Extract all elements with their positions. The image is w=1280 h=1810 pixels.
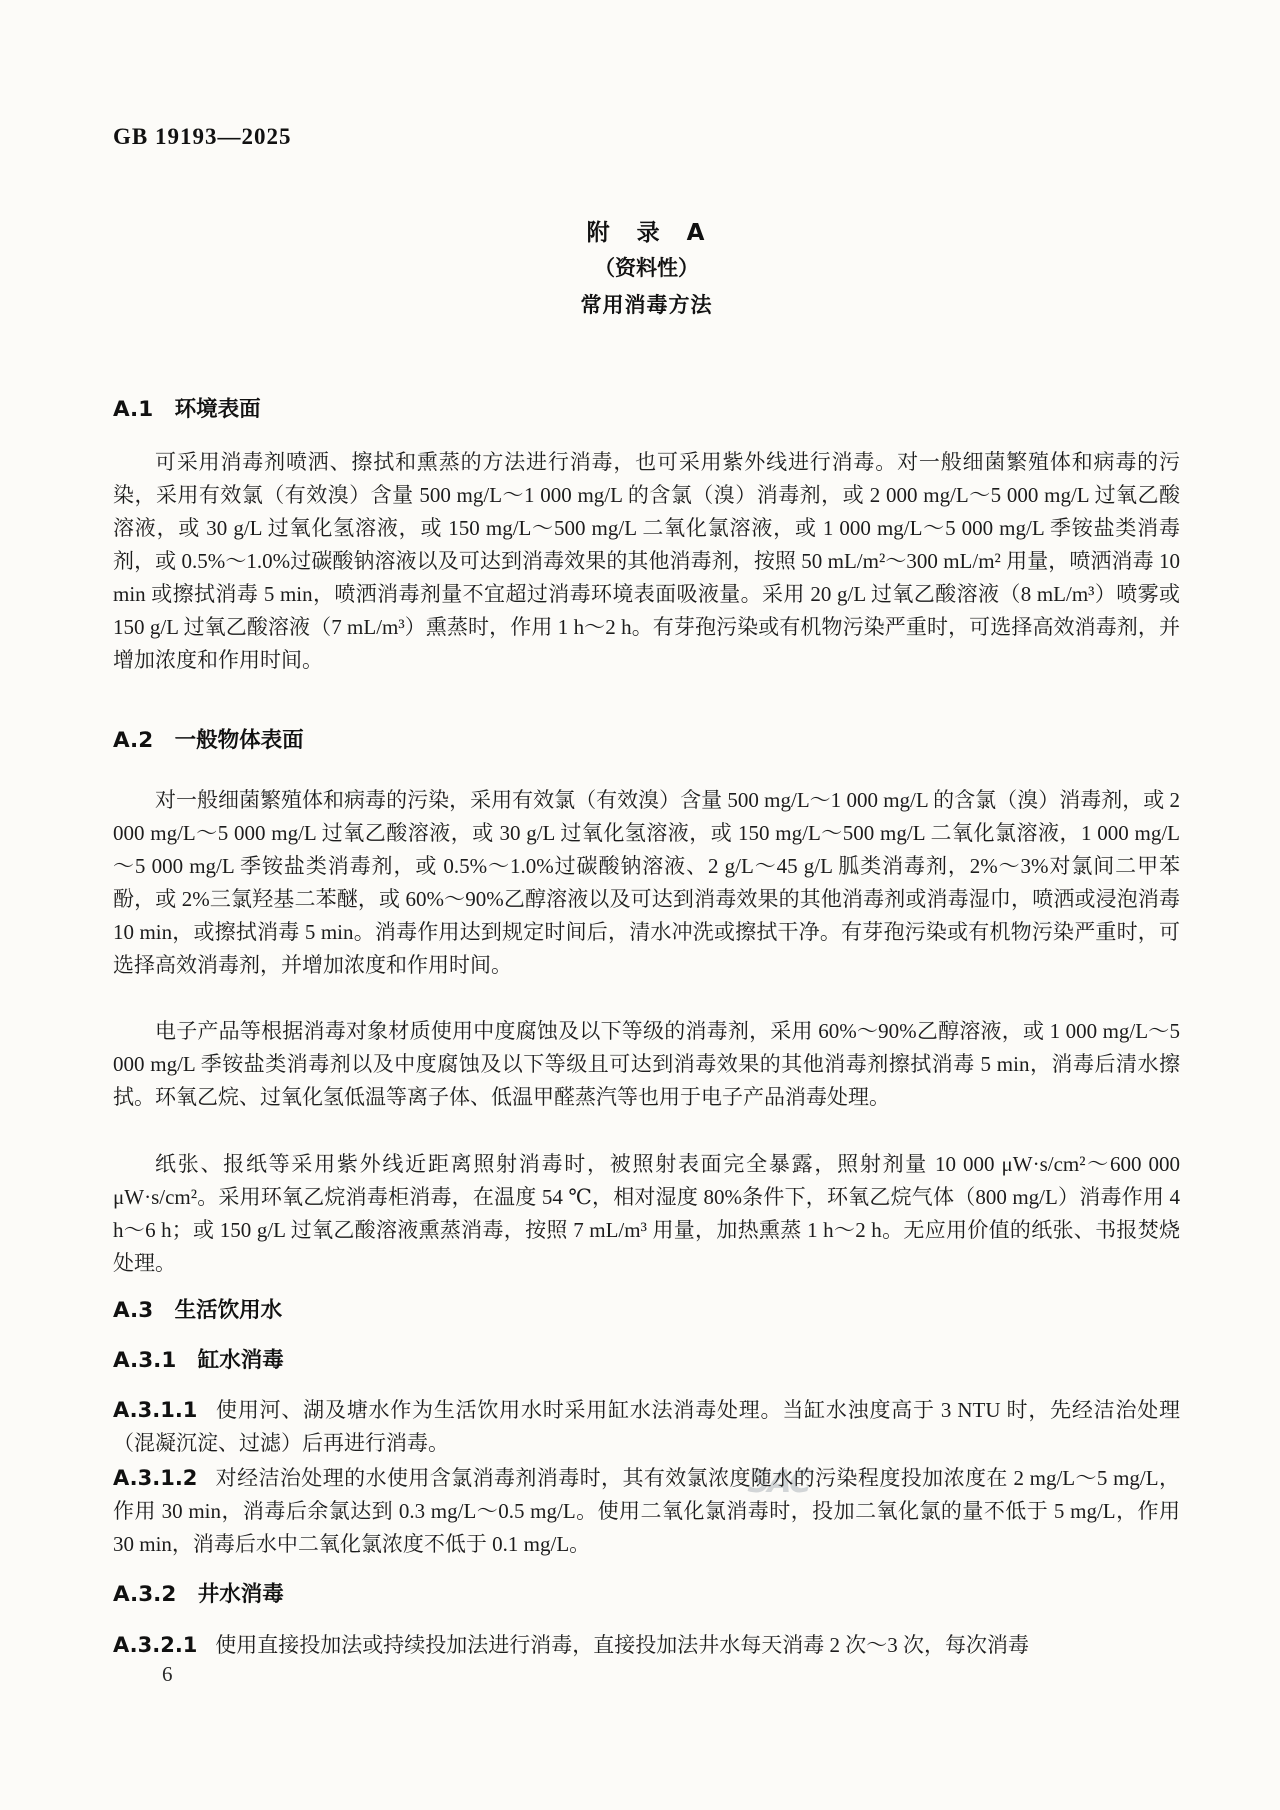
- section-heading-a31: A.3.1 缸水消毒: [113, 1347, 1180, 1374]
- section-heading-a3: A.3 生活饮用水: [113, 1297, 1180, 1324]
- paragraph-a1: 可采用消毒剂喷洒、擦拭和熏蒸的方法进行消毒，也可采用紫外线进行消毒。对一般细菌繁…: [113, 446, 1180, 677]
- appendix-title: 附 录 A: [113, 214, 1180, 247]
- section-heading-a2: A.2 一般物体表面: [113, 727, 1180, 754]
- section-heading-a1: A.1 环境表面: [113, 396, 1180, 423]
- section-heading-a32: A.3.2 井水消毒: [113, 1581, 1180, 1608]
- page-number: 6: [162, 1662, 173, 1687]
- paragraph-a2-3: 纸张、报纸等采用紫外线近距离照射消毒时，被照射表面完全暴露，照射剂量 10 00…: [113, 1148, 1180, 1280]
- clause-a321: A.3.2.1使用直接投加法或持续投加法进行消毒，直接投加法井水每天消毒 2 次…: [113, 1629, 1180, 1662]
- clause-number-a321: A.3.2.1: [113, 1633, 197, 1657]
- clause-number-a312: A.3.1.2: [113, 1466, 197, 1490]
- appendix-informative-label: （资料性）: [113, 252, 1180, 282]
- appendix-subject-title: 常用消毒方法: [113, 289, 1180, 319]
- clause-a312: A.3.1.2对经洁治处理的水使用含氯消毒剂消毒时，其有效氯浓度随水的污染程度投…: [113, 1462, 1180, 1561]
- paragraph-a2-1: 对一般细菌繁殖体和病毒的污染，采用有效氯（有效溴）含量 500 mg/L～1 0…: [113, 784, 1180, 982]
- clause-text-a312: 对经洁治处理的水使用含氯消毒剂消毒时，其有效氯浓度随水的污染程度投加浓度在 2 …: [113, 1466, 1180, 1556]
- clause-number-a311: A.3.1.1: [113, 1398, 197, 1422]
- clause-a311: A.3.1.1使用河、湖及塘水作为生活饮用水时采用缸水法消毒处理。当缸水浊度高于…: [113, 1394, 1180, 1460]
- standard-code: GB 19193—2025: [113, 124, 291, 150]
- clause-text-a321: 使用直接投加法或持续投加法进行消毒，直接投加法井水每天消毒 2 次～3 次，每次…: [215, 1633, 1029, 1657]
- document-page: GB 19193—2025 SAC 附 录 A （资料性） 常用消毒方法 A.1…: [0, 0, 1280, 1810]
- paragraph-a2-2: 电子产品等根据消毒对象材质使用中度腐蚀及以下等级的消毒剂，采用 60%～90%乙…: [113, 1015, 1180, 1114]
- clause-text-a311: 使用河、湖及塘水作为生活饮用水时采用缸水法消毒处理。当缸水浊度高于 3 NTU …: [113, 1398, 1180, 1455]
